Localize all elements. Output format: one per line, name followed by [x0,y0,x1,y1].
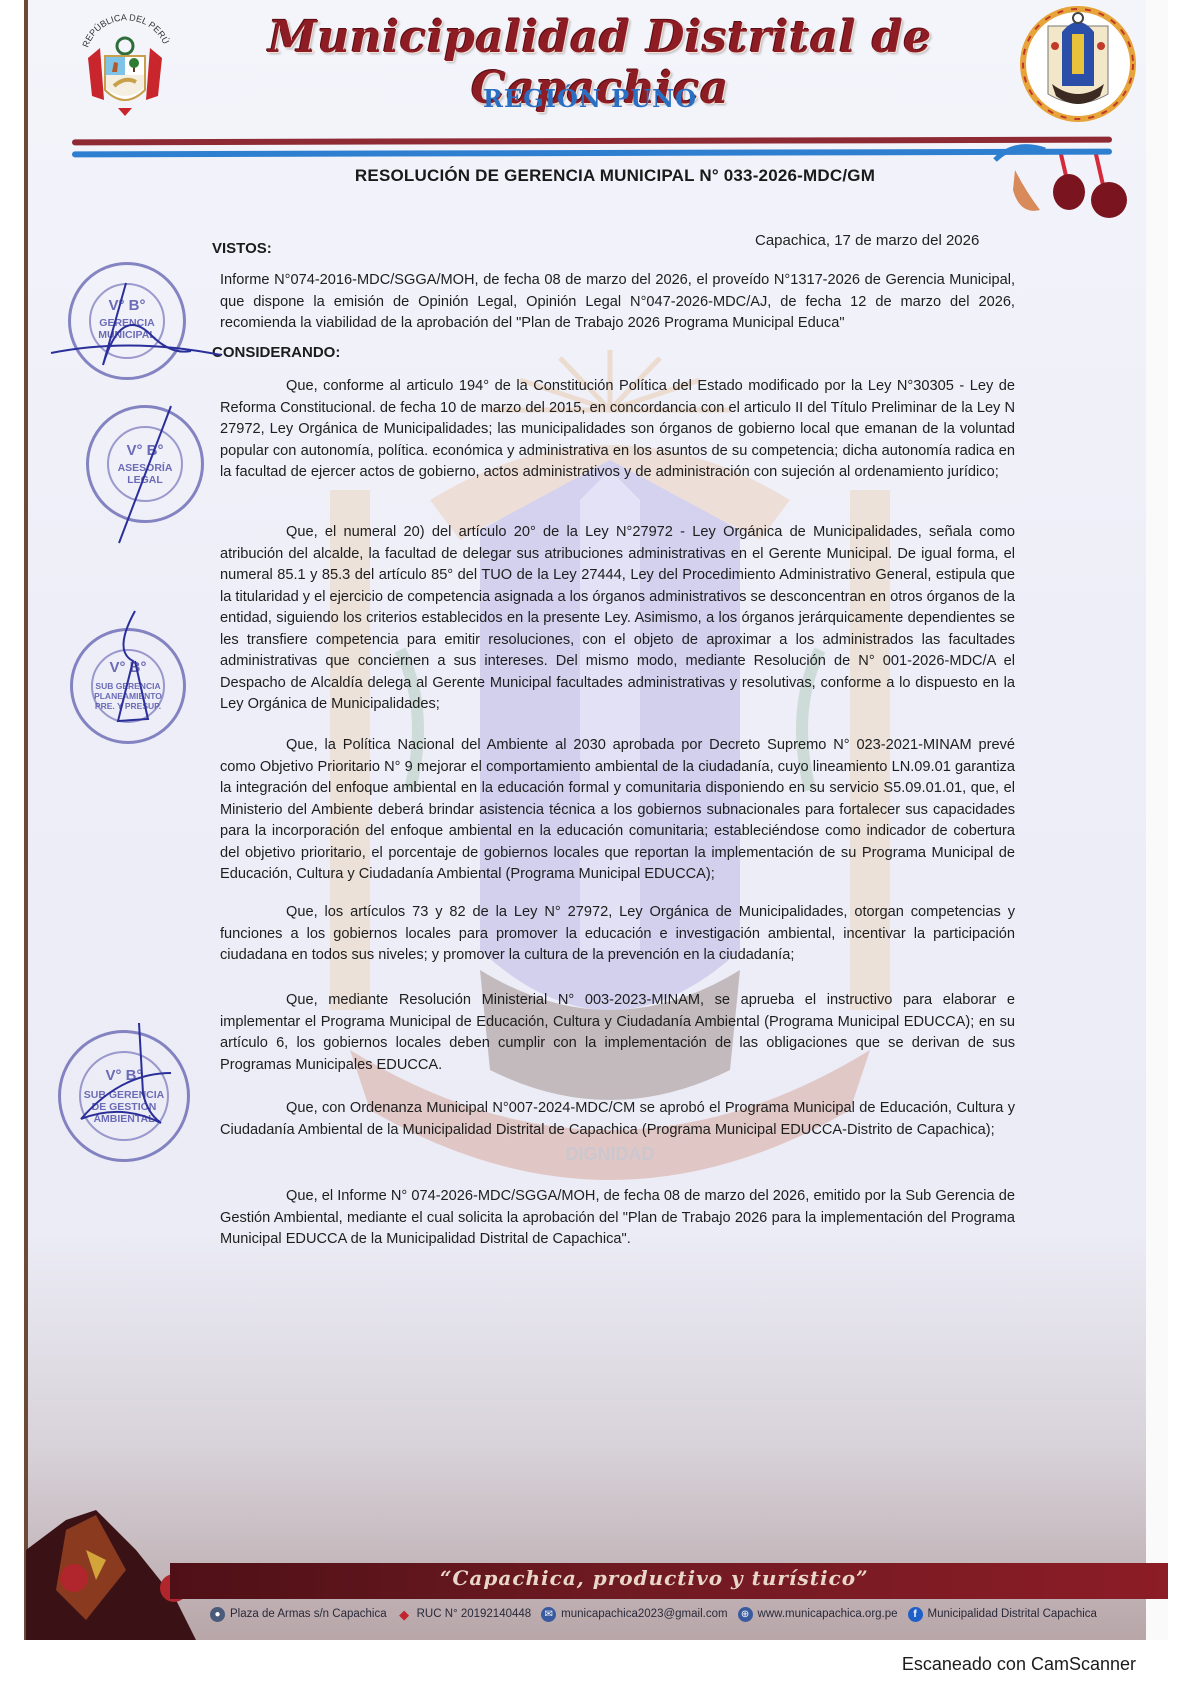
contact-ruc: ◆ RUC N° 20192140448 [397,1607,532,1622]
document-date: Capachica, 17 de marzo del 2026 [755,232,979,249]
considerando-paragraph-5: Que, mediante Resolución Ministerial N° … [220,990,1015,1076]
considerando-paragraph-4: Que, los artículos 73 y 82 de la Ley N° … [220,902,1015,967]
stamp-sub-gerencia-planeamiento: V° B° SUB GERENCIAPLANEAMIENTOPRE. Y PRE… [70,628,186,744]
peru-coat-of-arms-icon: REPÚBLICA DEL PERÚ [70,8,180,128]
camscanner-label: Escaneado con CamScanner [902,1654,1136,1675]
stamp-sub-gerencia-gestion-ambiental: V° B° SUB GERENCIADE GESTIÓNAMBIENTAL [58,1030,190,1162]
vistos-text: Informe N°074-2016-MDC/SGGA/MOH, de fech… [220,270,1015,335]
contact-email[interactable]: ✉ municapachica2023@gmail.com [541,1607,727,1622]
signature-icon [73,631,183,741]
contact-address: ● Plaza de Armas s/n Capachica [210,1607,387,1622]
considerando-paragraph-3: Que, la Política Nacional del Ambiente a… [220,735,1015,886]
signature-icon [61,1033,187,1159]
considerando-paragraph-1: Que, conforme al articulo 194° de la Con… [220,376,1015,484]
considerando-paragraph-2: Que, el numeral 20) del artículo 20° de … [220,522,1015,716]
capachica-seal-icon [1010,4,1145,139]
svg-text:REPÚBLICA DEL PERÚ: REPÚBLICA DEL PERÚ [80,12,171,49]
scan-margin [0,0,26,1640]
location-pin-icon: ● [210,1607,225,1622]
page-shadow [24,0,28,1640]
svg-text:DIGNIDAD: DIGNIDAD [566,1144,655,1164]
considerando-paragraph-6: Que, con Ordenanza Municipal N°007-2024-… [220,1098,1015,1141]
stamp-asesoria-legal: V° B° ASESORÍALEGAL [86,405,204,523]
signature-icon [71,265,183,377]
ruc-icon: ◆ [397,1607,412,1622]
cantuta-flowers-icon [985,130,1145,220]
signature-icon [89,408,201,520]
contact-website[interactable]: ⊕ www.municapachica.org.pe [738,1607,898,1622]
stamp-gerencia-municipal: V° B° GERENCIAMUNICIPAL [68,262,186,380]
considerando-paragraph-7: Que, el Informe N° 074-2026-MDC/SGGA/MOH… [220,1186,1015,1251]
facebook-icon: f [908,1607,923,1622]
contact-facebook[interactable]: f Municipalidad Distrital Capachica [908,1607,1097,1622]
resolution-title: RESOLUCIÓN DE GERENCIA MUNICIPAL N° 033-… [335,166,895,186]
vistos-heading: VISTOS: [212,240,272,257]
region-name: REGIÓN PUNO [440,84,740,113]
footer-slogan: “Capachica, productivo y turístico” [440,1566,869,1590]
page-edge [1146,0,1168,1640]
email-icon: ✉ [541,1607,556,1622]
footer-contacts: ● Plaza de Armas s/n Capachica ◆ RUC N° … [210,1603,1168,1625]
globe-icon: ⊕ [738,1607,753,1622]
considerando-heading: CONSIDERANDO: [212,344,340,361]
